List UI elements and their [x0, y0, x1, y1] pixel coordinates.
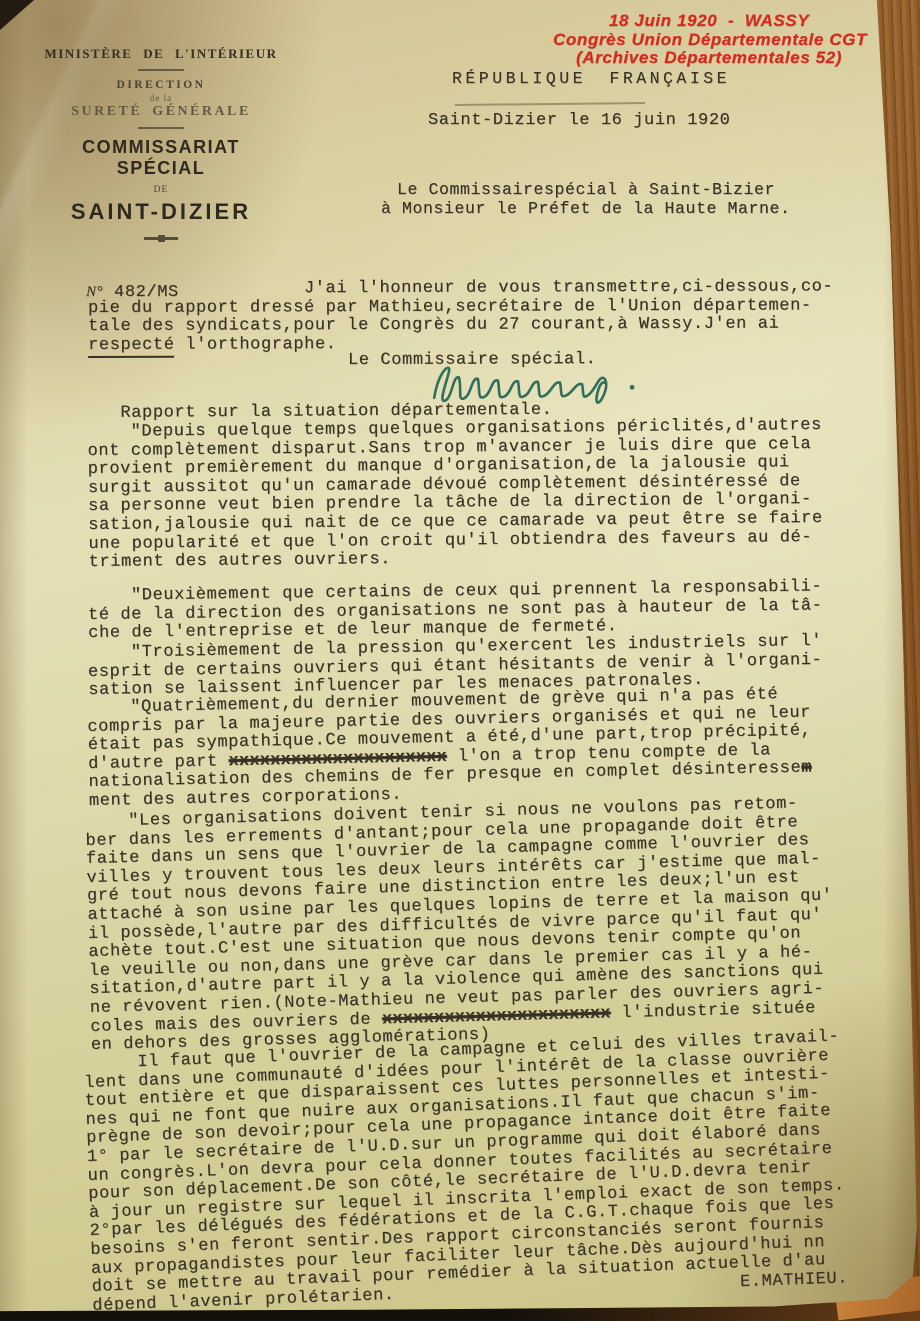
de-la-label: de la: [38, 93, 284, 103]
text-line: 18 Juin 1920 - WASSY: [553, 12, 865, 31]
text-line: tale des syndicats,pour le Congrès du 27…: [88, 316, 833, 337]
report-paragraph-4: "Quatrièmement,du dernier mouvement de g…: [87, 685, 813, 811]
report-paragraph-1: "Depuis quelque temps quelques organisat…: [87, 417, 823, 573]
de-label: DE: [38, 185, 284, 195]
text-line: (Archives Départementales 52): [553, 49, 865, 68]
direction-label: DIRECTION: [38, 79, 284, 91]
surete-generale-label: SURETÉ GÉNÉRALE: [38, 104, 284, 120]
letterhead-end-ornament: [144, 237, 178, 240]
text-line: Congrès Union Départementale CGT: [553, 31, 865, 50]
document-photo: 18 Juin 1920 - WASSYCongrès Union Départ…: [0, 0, 920, 1321]
paper-corner-shadow: [0, 0, 34, 30]
letter-paper: 18 Juin 1920 - WASSYCongrès Union Départ…: [0, 0, 920, 1321]
city-title: SAINT-DIZIER: [38, 199, 284, 225]
addressee-from: Le Commissairespécial à Saint-Bizier: [397, 181, 775, 200]
pencil-underline: [455, 102, 645, 106]
republique-francaise: RÉPUBLIQUE FRANÇAISE: [452, 70, 730, 89]
ministry-title: MINISTÈRE DE L'INTÉRIEUR: [38, 46, 284, 62]
dateline: Saint-Dizier le 16 juin 1920: [428, 112, 730, 131]
report-paragraph-6: Il faut que l'ouvrier de la campagne et …: [83, 1028, 848, 1316]
letterhead-divider: [138, 127, 184, 129]
letterhead-divider: [138, 69, 184, 71]
commissariat-title: COMMISSARIAT SPÉCIAL: [38, 137, 284, 179]
archive-annotation: 18 Juin 1920 - WASSYCongrès Union Départ…: [553, 12, 865, 68]
report-paragraph-5: "Les organisations doivent tenir si nous…: [85, 795, 836, 1056]
addressee-to: à Monsieur le Préfet de la Haute Marne.: [381, 200, 791, 219]
letterhead: MINISTÈRE DE L'INTÉRIEUR DIRECTION de la…: [38, 46, 284, 240]
intro-paragraph: J'ai l'honneur de vous transmettre,ci-de…: [88, 278, 834, 355]
